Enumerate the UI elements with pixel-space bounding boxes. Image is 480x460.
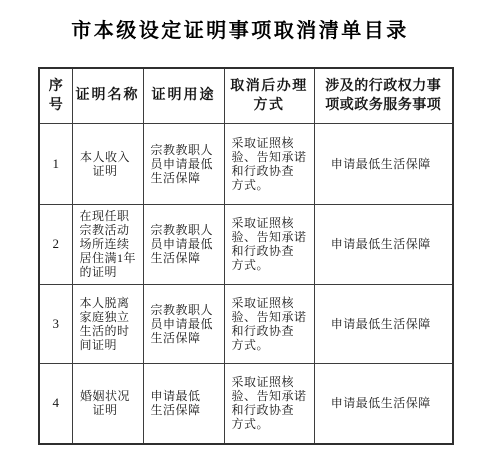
- table-header-row: 序 号 证明名称 证明用途 取消后办理 方式 涉及的行政权力事 项或政务服务事项: [39, 68, 453, 123]
- cell-row3-method: 采取证照核 验、告知承诺 和行政协查 方式。: [224, 284, 314, 363]
- cell-row4-related: 申请最低生活保障: [314, 363, 453, 444]
- header-cell-method: 取消后办理 方式: [224, 68, 314, 123]
- cell-row3-no: 3: [39, 284, 72, 363]
- cell-row3-related: 申请最低生活保障: [314, 284, 453, 363]
- cell-row4-name: 婚姻状况 证明: [72, 363, 143, 444]
- table-row: 4 婚姻状况 证明 申请最低 生活保障 采取证照核 验、告知承诺 和行政协查 方…: [39, 363, 453, 444]
- cell-row1-purpose: 宗教教职人 员申请最低 生活保障: [143, 123, 224, 204]
- cell-row2-name: 在现任职 宗教活动 场所连续 居住满1年 的证明: [72, 204, 143, 284]
- cell-row4-purpose: 申请最低 生活保障: [143, 363, 224, 444]
- header-cell-cert-purpose: 证明用途: [143, 68, 224, 123]
- table-row: 2 在现任职 宗教活动 场所连续 居住满1年 的证明 宗教教职人 员申请最低 生…: [39, 204, 453, 284]
- cell-row2-related: 申请最低生活保障: [314, 204, 453, 284]
- cell-row1-related: 申请最低生活保障: [314, 123, 453, 204]
- cell-row2-method: 采取证照核 验、告知承诺 和行政协查 方式。: [224, 204, 314, 284]
- cell-row4-method: 采取证照核 验、告知承诺 和行政协查 方式。: [224, 363, 314, 444]
- cell-row4-no: 4: [39, 363, 72, 444]
- page-title: 市本级设定证明事项取消清单目录: [0, 14, 480, 43]
- cell-row1-name: 本人收入 证明: [72, 123, 143, 204]
- table-row: 3 本人脱离 家庭独立 生活的时 间证明 宗教教职人 员申请最低 生活保障 采取…: [39, 284, 453, 363]
- cell-row2-no: 2: [39, 204, 72, 284]
- table-row: 1 本人收入 证明 宗教教职人 员申请最低 生活保障 采取证照核 验、告知承诺 …: [39, 123, 453, 204]
- header-cell-serial-no: 序 号: [39, 68, 72, 123]
- cell-row2-purpose: 宗教教职人 员申请最低 生活保障: [143, 204, 224, 284]
- cell-row1-no: 1: [39, 123, 72, 204]
- header-cell-cert-name: 证明名称: [72, 68, 143, 123]
- header-cell-related-item: 涉及的行政权力事 项或政务服务事项: [314, 68, 453, 123]
- cell-row3-name: 本人脱离 家庭独立 生活的时 间证明: [72, 284, 143, 363]
- cell-row3-purpose: 宗教教职人 员申请最低 生活保障: [143, 284, 224, 363]
- cancellation-catalog-table: 序 号 证明名称 证明用途 取消后办理 方式 涉及的行政权力事 项或政务服务事项…: [38, 67, 454, 445]
- document-page: 市本级设定证明事项取消清单目录 序 号 证明名称 证明用途 取消后办理 方式 涉…: [0, 0, 480, 460]
- cell-row1-method: 采取证照核 验、告知承诺 和行政协查 方式。: [224, 123, 314, 204]
